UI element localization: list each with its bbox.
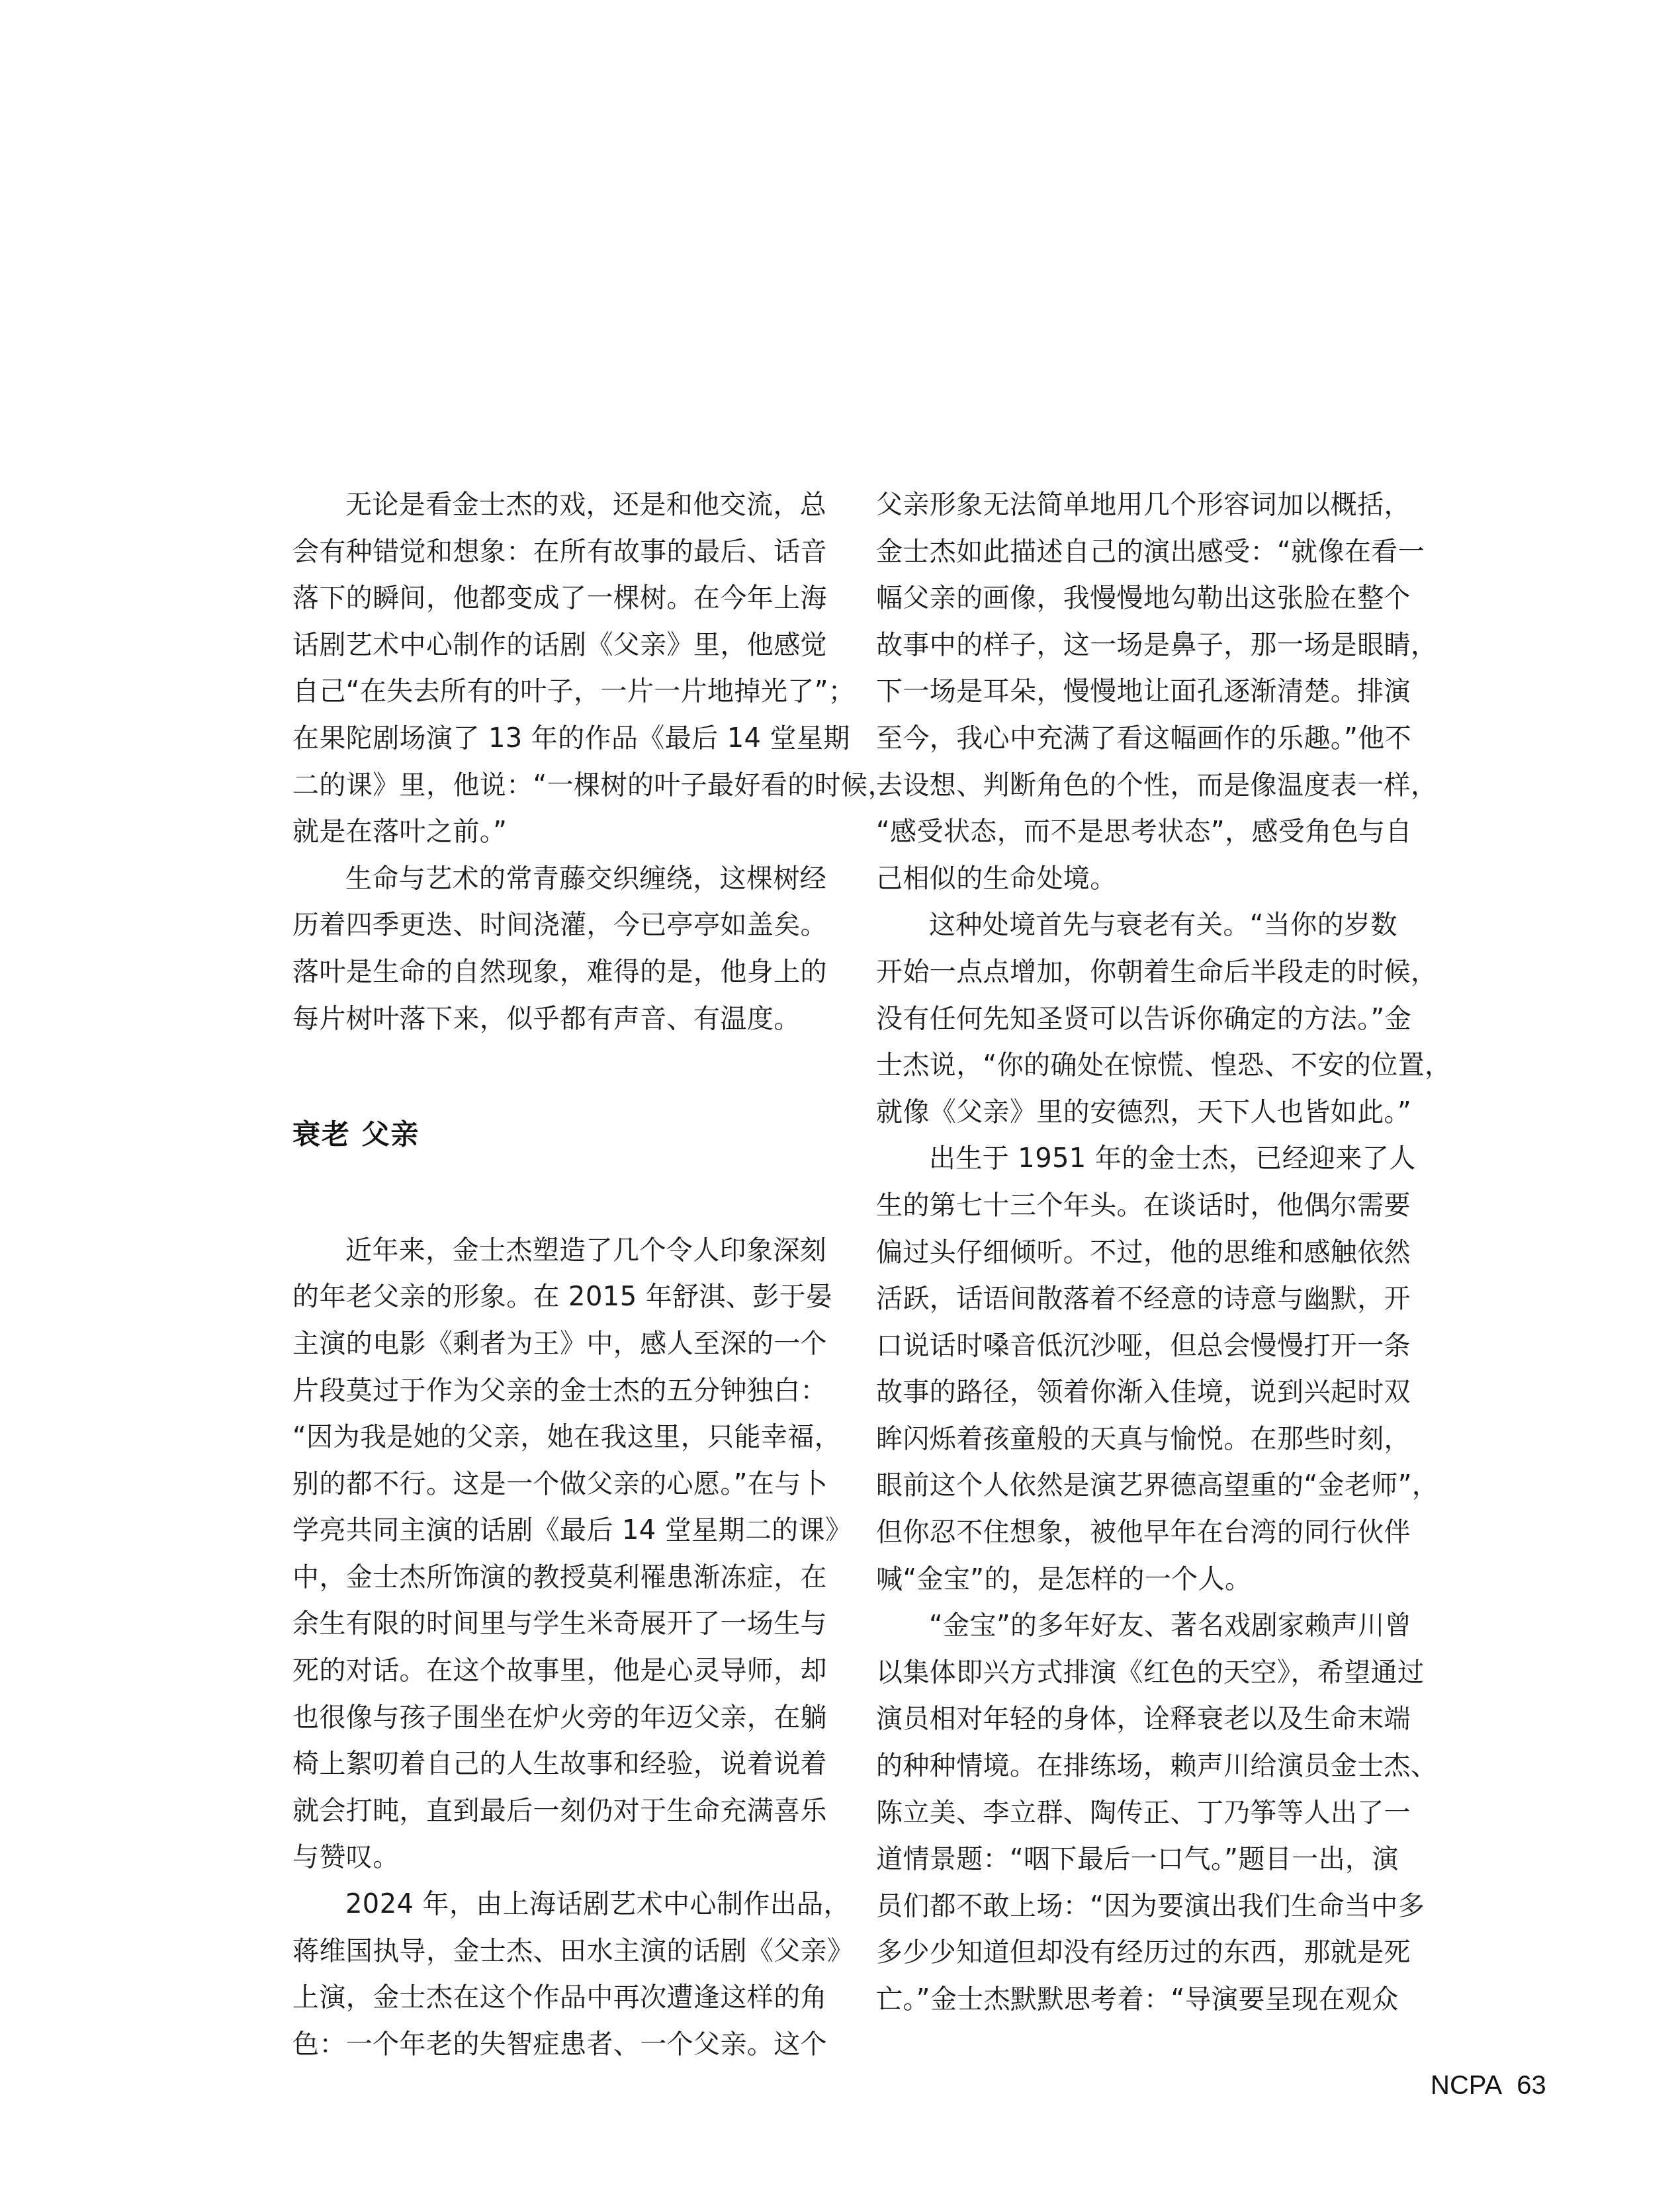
text-line: 落下的瞬间，他都变成了一棵树。在今年上海 bbox=[292, 575, 842, 622]
text-line: 余生有限的时间里与学生米奇展开了一场生与 bbox=[292, 1600, 842, 1647]
text-line: 就会打盹，直到最后一刻仍对于生命充满喜乐 bbox=[292, 1788, 842, 1835]
text-line: 生的第七十三个年头。在谈话时，他偶尔需要 bbox=[876, 1182, 1438, 1229]
spacer bbox=[292, 1159, 842, 1227]
text-line: 这种处境首先与衰老有关。“当你的岁数 bbox=[876, 902, 1438, 949]
text-line: 至今，我心中充满了看这幅画作的乐趣。”他不 bbox=[876, 715, 1438, 762]
text-line: 己相似的生命处境。 bbox=[876, 855, 1438, 902]
text-line: 无论是看金士杰的戏，还是和他交流，总 bbox=[292, 482, 842, 529]
text-line: 在果陀剧场演了 13 年的作品《最后 14 堂星期 bbox=[292, 715, 842, 762]
text-line: 员们都不敢上场：“因为要演出我们生命当中多 bbox=[876, 1883, 1438, 1930]
text-line: 陈立美、李立群、陶传正、丁乃筝等人出了一 bbox=[876, 1790, 1438, 1837]
text-line: 多少少知道但却没有经历过的东西，那就是死 bbox=[876, 1929, 1438, 1976]
left-column: 无论是看金士杰的戏，还是和他交流，总 会有种错觉和想象：在所有故事的最后、话音 … bbox=[292, 482, 842, 2068]
text-line: 活跃，话语间散落着不经意的诗意与幽默，开 bbox=[876, 1276, 1438, 1323]
text-line: 上演，金士杰在这个作品中再次遭逢这样的角 bbox=[292, 1974, 842, 2021]
text-line: 死的对话。在这个故事里，他是心灵导师，却 bbox=[292, 1647, 842, 1694]
text-line: 蒋维国执导，金士杰、田水主演的话剧《父亲》 bbox=[292, 1928, 842, 1975]
text-line: 喊“金宝”的，是怎样的一个人。 bbox=[876, 1556, 1438, 1603]
text-line: 就像《父亲》里的安德烈，天下人也皆如此。” bbox=[876, 1089, 1438, 1136]
text-line: 近年来，金士杰塑造了几个令人印象深刻 bbox=[292, 1227, 842, 1274]
text-line: 生命与艺术的常青藤交织缠绕，这棵树经 bbox=[292, 855, 842, 902]
text-line: 的年老父亲的形象。在 2015 年舒淇、彭于晏 bbox=[292, 1274, 842, 1321]
paragraph-2024-father: 2024 年，由上海话剧艺术中心制作出品， 蒋维国执导，金士杰、田水主演的话剧《… bbox=[292, 1881, 842, 2068]
text-line: 以集体即兴方式排演《红色的天空》，希望通过 bbox=[876, 1649, 1438, 1696]
text-line: “感受状态，而不是思考状态”，感受角色与自 bbox=[876, 809, 1438, 855]
text-line: 历着四季更迭、时间浇灌，今已亭亭如盖矣。 bbox=[292, 902, 842, 949]
paragraph-aging: 这种处境首先与衰老有关。“当你的岁数 开始一点点增加，你朝着生命后半段走的时候，… bbox=[876, 902, 1438, 1135]
paragraph-father-roles: 近年来，金士杰塑造了几个令人印象深刻 的年老父亲的形象。在 2015 年舒淇、彭… bbox=[292, 1227, 842, 1881]
text-line: 下一场是耳朵，慢慢地让面孔逐渐清楚。排演 bbox=[876, 668, 1438, 715]
paragraph-intro: 无论是看金士杰的戏，还是和他交流，总 会有种错觉和想象：在所有故事的最后、话音 … bbox=[292, 482, 842, 855]
text-line: 偏过头仔细倾听。不过，他的思维和感触依然 bbox=[876, 1229, 1438, 1276]
text-line: 会有种错觉和想象：在所有故事的最后、话音 bbox=[292, 529, 842, 576]
text-line: 学亮共同主演的话剧《最后 14 堂星期二的课》 bbox=[292, 1507, 842, 1554]
text-line: 就是在落叶之前。” bbox=[292, 809, 842, 855]
text-line: 落叶是生命的自然现象，难得的是，他身上的 bbox=[292, 949, 842, 996]
text-line: 片段莫过于作为父亲的金士杰的五分钟独白： bbox=[292, 1368, 842, 1415]
text-line: 二的课》里，他说：“一棵树的叶子最好看的时候， bbox=[292, 762, 842, 809]
text-line: 也很像与孩子围坐在炉火旁的年迈父亲，在躺 bbox=[292, 1694, 842, 1741]
text-line: 士杰说，“你的确处在惊慌、惶恐、不安的位置， bbox=[876, 1042, 1438, 1089]
text-line: 但你忍不住想象，被他早年在台湾的同行伙伴 bbox=[876, 1509, 1438, 1556]
text-line: 没有任何先知圣贤可以告诉你确定的方法。”金 bbox=[876, 996, 1438, 1043]
text-line: 与赞叹。 bbox=[292, 1834, 842, 1881]
text-line: 中，金士杰所饰演的教授莫利罹患渐冻症，在 bbox=[292, 1554, 842, 1601]
text-line: 主演的电影《剩者为王》中，感人至深的一个 bbox=[292, 1321, 842, 1368]
text-line: 2024 年，由上海话剧艺术中心制作出品， bbox=[292, 1881, 842, 1928]
text-line: 父亲形象无法简单地用几个形容词加以概括， bbox=[876, 482, 1438, 529]
text-line: 金士杰如此描述自己的演出感受：“就像在看一 bbox=[876, 529, 1438, 576]
page-number: 63 bbox=[1517, 2071, 1546, 2101]
text-line: 开始一点点增加，你朝着生命后半段走的时候， bbox=[876, 949, 1438, 996]
text-line: 别的都不行。这是一个做父亲的心愿。”在与卜 bbox=[292, 1461, 842, 1508]
text-line: 亡。”金士杰默默思考着：“导演要呈现在观众 bbox=[876, 1976, 1438, 2023]
text-line: 演员相对年轻的身体，诠释衰老以及生命末端 bbox=[876, 1696, 1438, 1743]
text-line: 道情景题：“咽下最后一口气。”题目一出，演 bbox=[876, 1836, 1438, 1883]
paragraph-red-sky: “金宝”的多年好友、著名戏剧家赖声川曾 以集体即兴方式排演《红色的天空》，希望通… bbox=[876, 1602, 1438, 2023]
text-line: “金宝”的多年好友、著名戏剧家赖声川曾 bbox=[876, 1602, 1438, 1649]
spacer bbox=[292, 1042, 842, 1112]
text-line: 眸闪烁着孩童般的天真与愉悦。在那些时刻， bbox=[876, 1416, 1438, 1463]
section-heading: 衰老 父亲 bbox=[292, 1112, 842, 1159]
text-line: 每片树叶落下来，似乎都有声音、有温度。 bbox=[292, 996, 842, 1043]
text-line: 故事中的样子，这一场是鼻子，那一场是眼睛， bbox=[876, 622, 1438, 669]
text-line: 自己“在失去所有的叶子，一片一片地掉光了”； bbox=[292, 668, 842, 715]
text-line: 幅父亲的画像，我慢慢地勾勒出这张脸在整个 bbox=[876, 575, 1438, 622]
text-line: 椅上絮叨着自己的人生故事和经验，说着说着 bbox=[292, 1741, 842, 1788]
text-line: 口说话时嗓音低沉沙哑，但总会慢慢打开一条 bbox=[876, 1323, 1438, 1370]
text-line: 故事的路径，领着你渐入佳境，说到兴起时双 bbox=[876, 1369, 1438, 1416]
text-line: 话剧艺术中心制作的话剧《父亲》里，他感觉 bbox=[292, 622, 842, 669]
text-line: 眼前这个人依然是演艺界德高望重的“金老师”， bbox=[876, 1462, 1438, 1509]
text-line: 色：一个年老的失智症患者、一个父亲。这个 bbox=[292, 2021, 842, 2068]
magazine-name: NCPA bbox=[1431, 2071, 1502, 2101]
page-footer: NCPA63 bbox=[1431, 2071, 1546, 2101]
text-line: 的种种情境。在排练场，赖声川给演员金士杰、 bbox=[876, 1743, 1438, 1790]
right-column: 父亲形象无法简单地用几个形容词加以概括， 金士杰如此描述自己的演出感受：“就像在… bbox=[876, 482, 1438, 2023]
paragraph-born-1951: 出生于 1951 年的金士杰，已经迎来了人 生的第七十三个年头。在谈话时，他偶尔… bbox=[876, 1135, 1438, 1602]
paragraph-portrait: 父亲形象无法简单地用几个形容词加以概括， 金士杰如此描述自己的演出感受：“就像在… bbox=[876, 482, 1438, 902]
text-line: 去设想、判断角色的个性，而是像温度表一样， bbox=[876, 762, 1438, 809]
text-line: “因为我是她的父亲，她在我这里，只能幸福， bbox=[292, 1414, 842, 1461]
paragraph-evergreen: 生命与艺术的常青藤交织缠绕，这棵树经 历着四季更迭、时间浇灌，今已亭亭如盖矣。 … bbox=[292, 855, 842, 1042]
text-line: 出生于 1951 年的金士杰，已经迎来了人 bbox=[876, 1135, 1438, 1182]
